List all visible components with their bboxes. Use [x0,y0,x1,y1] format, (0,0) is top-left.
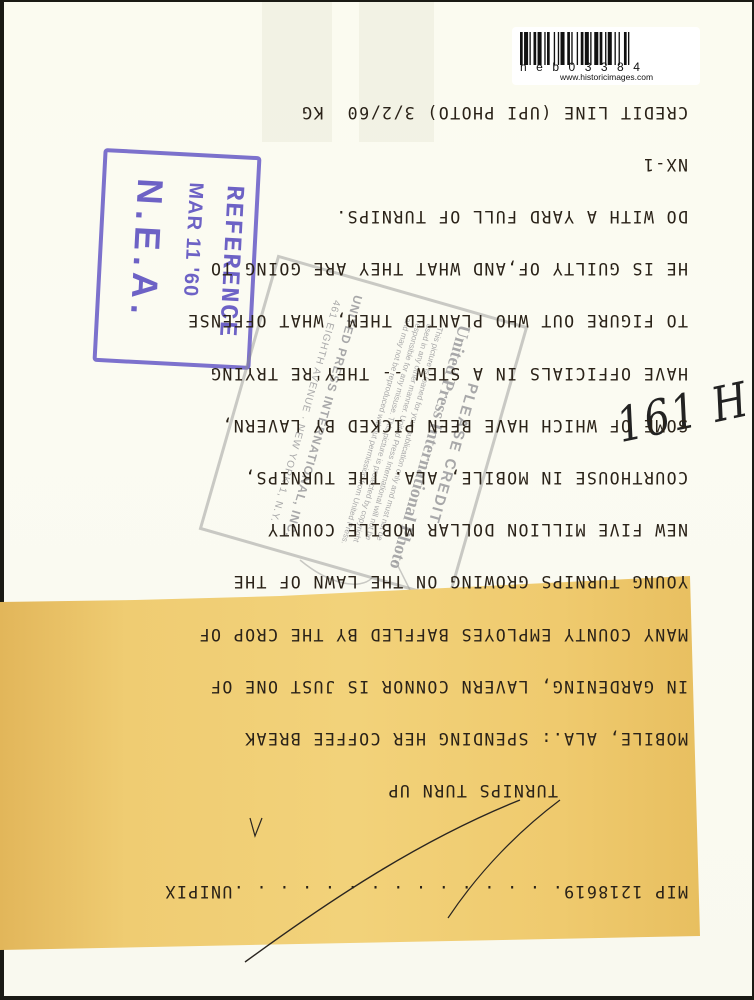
caption-body-line: HAVE OFFICIALS IN A STEW -- THEY'RE TRYI… [68,364,688,381]
caption-headline: TURNIPS TURN UP [68,782,688,799]
caption-body-line: MANY COUNTY EMPLOYES BAFFLED BY THE CROP… [68,625,688,642]
caption-body-line: COURTHOUSE IN MOBILE, ALA. THE TURNIPS, [68,469,688,486]
caption-body-line: MOBILE, ALA.: SPENDING HER COFFEE BREAK [68,730,688,747]
caption-body-line: DO WITH A YARD FULL OF TURNIPS. [68,208,688,225]
barcode-label: neb03384 www.historicimages.com [512,27,700,85]
caption-body-line: IN GARDENING, LAVERN CONNOR IS JUST ONE … [68,677,688,694]
caption-body-line: NEW FIVE MILLION DOLLAR MOBILE COUNTY [68,521,688,538]
barcode-website: www.historicimages.com [560,73,653,82]
caption-body-line: SOME OF WHICH HAVE BEEN PICKED BY LAVERN… [68,416,688,433]
caption-credit-line: CREDIT LINE (UPI PHOTO) 3/2/60 KG [68,103,688,120]
caption-code: NX-1 [68,155,688,172]
caption-body-line: TO FIGURE OUT WHO PLANTED THEM, WHAT OFF… [68,312,688,329]
caption-body-line: HE IS GUILTY OF,AND WHAT THEY ARE GOING … [68,260,688,277]
caption-body-line: YOUNG TURNIPS GROWING ON THE LAWN OF THE [68,573,688,590]
caption-id-line: MIP 1218619. . . . . . . . . . . . . . .… [68,883,688,900]
caption-text: MIP 1218619. . . . . . . . . . . . . . .… [68,605,688,935]
